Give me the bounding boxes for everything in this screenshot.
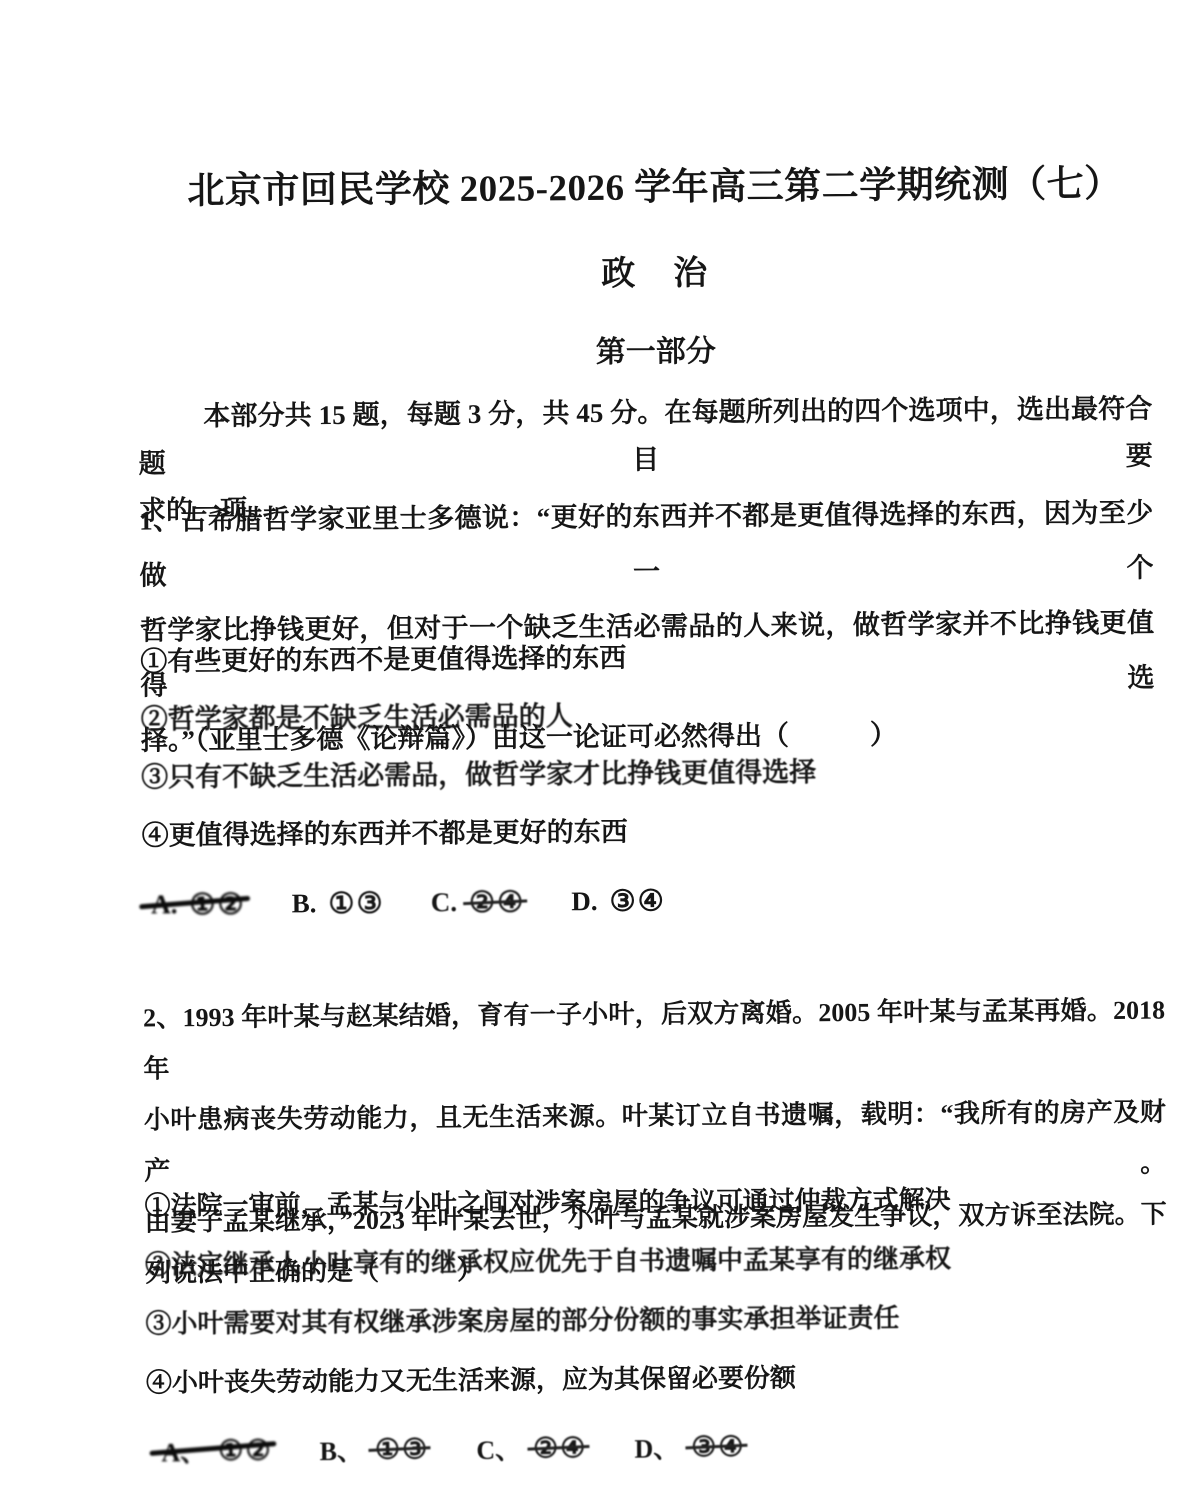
question-1-choice-row: A. ①② B. ①③ C. ②④ D. ③④	[151, 883, 666, 922]
choice-value: ③④	[609, 883, 666, 918]
instructions-line: 本部分共 15 题，每题 3 分，共 45 分。在每题所列出的四个选项中，选出最…	[138, 386, 1153, 488]
option-item: ②法定继承人小叶享有的继承权应优先于自书遗嘱中孟某享有的继承权	[145, 1228, 1159, 1295]
option-item: ①有些更好的东西不是更值得选择的东西	[140, 625, 1154, 691]
choice-value: ①②	[218, 1433, 273, 1467]
choice-item: A、 ①②	[161, 1432, 272, 1470]
choice-item: A. ①②	[151, 887, 246, 923]
choice-item: C、 ②④	[476, 1429, 587, 1467]
choice-value: ②④	[533, 1431, 588, 1465]
choice-label: B、	[319, 1431, 363, 1468]
choice-item: B、 ①③	[319, 1430, 429, 1468]
choice-item: B. ①③	[292, 886, 385, 922]
choice-value: ①③	[375, 1432, 430, 1466]
exam-scan-page: 北京市回民学校 2025-2026 学年高三第二学期统测（七） 政 治 第一部分…	[0, 0, 1190, 1504]
question-2-choice-row: A、 ①② B、 ①③ C、 ②④ D、 ③④	[161, 1428, 745, 1470]
choice-label: A、	[161, 1432, 206, 1469]
option-item: ③只有不缺乏生活必需品，做哲学家才比挣钱更值得选择	[141, 741, 1155, 807]
option-item: ④更值得选择的东西并不都是更好的东西	[141, 799, 1155, 865]
option-item: ②哲学家都是不缺乏生活必需品的人	[141, 683, 1155, 749]
question-2-options: ①法院一审前，孟某与小叶之间对涉案房屋的争议可通过仲裁方式解决 ②法定继承人小叶…	[144, 1169, 1160, 1413]
question-1-options: ①有些更好的东西不是更值得选择的东西 ②哲学家都是不缺乏生活必需品的人 ③只有不…	[140, 625, 1156, 865]
option-item: ①法院一审前，孟某与小叶之间对涉案房屋的争议可通过仲裁方式解决	[144, 1169, 1158, 1236]
choice-label: D、	[634, 1428, 679, 1465]
option-item: ③小叶需要对其有权继承涉案房屋的部分份额的事实承担举证责任	[145, 1287, 1159, 1354]
choice-value: ①③	[328, 886, 385, 921]
choice-label: C、	[476, 1430, 521, 1467]
choice-item: D. ③④	[571, 883, 666, 919]
choice-label: B.	[292, 888, 317, 919]
option-item: ④小叶丧失劳动能力又无生活来源，应为其保留必要份额	[146, 1346, 1160, 1413]
choice-label: A.	[151, 889, 177, 920]
question-stem-line: 1、古希腊哲学家亚里士多德说：“更好的东西并不都是更值得选择的东西，因为至少做一…	[139, 486, 1154, 604]
choice-value: ②④	[469, 885, 526, 920]
choice-value: ①②	[189, 887, 246, 922]
question-stem-line: 2、1993 年叶某与赵某结婚，育有一子小叶，后双方离婚。2005 年叶某与孟某…	[143, 985, 1166, 1095]
section-heading: 第一部分	[61, 322, 1190, 375]
choice-item: C. ②④	[431, 885, 526, 921]
exam-title: 北京市回民学校 2025-2026 学年高三第二学期统测（七）	[59, 152, 1190, 215]
choice-item: D、 ③④	[634, 1428, 745, 1466]
choice-label: D.	[571, 886, 597, 917]
scan-skew-wrapper: 北京市回民学校 2025-2026 学年高三第二学期统测（七） 政 治 第一部分…	[0, 0, 1190, 1504]
choice-label: C.	[431, 887, 457, 918]
subject-heading: 政 治	[60, 241, 1190, 299]
choice-value: ③④	[691, 1429, 746, 1463]
